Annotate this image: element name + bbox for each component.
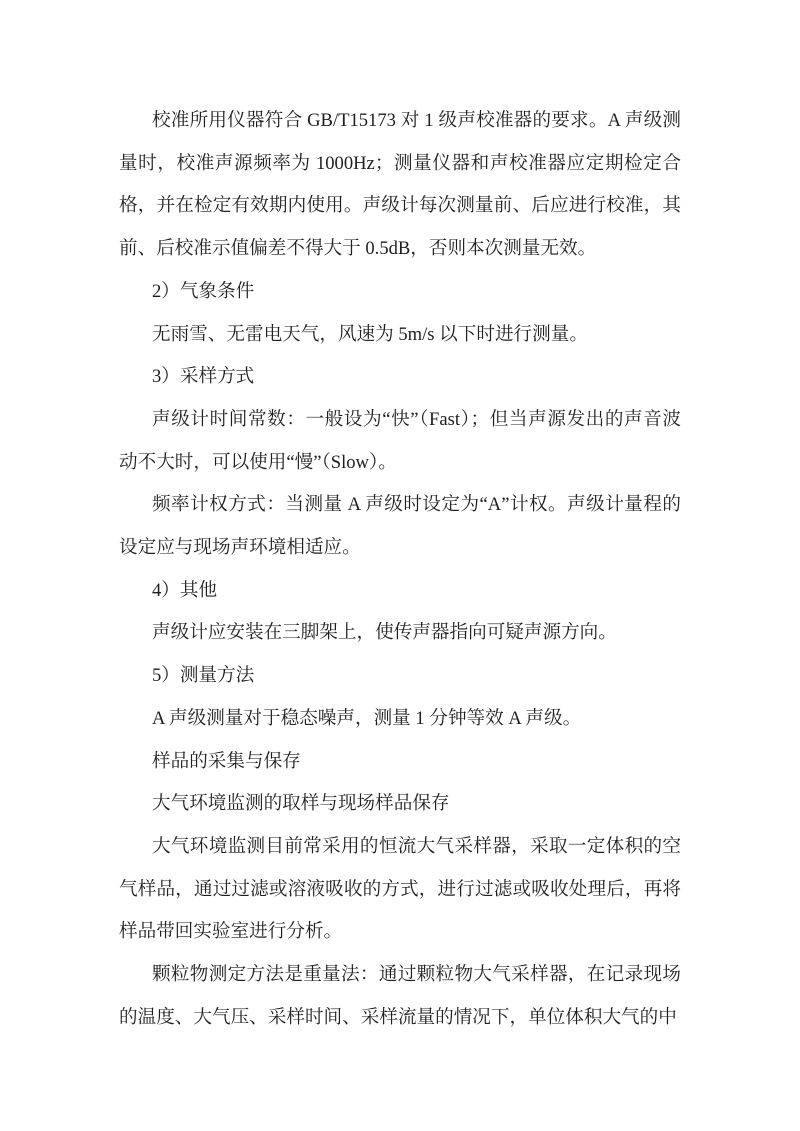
heading-sampling-mode: 3）采样方式: [119, 356, 681, 399]
paragraph-a-level: A 声级测量对于稳态噪声，测量 1 分钟等效 A 声级。: [119, 698, 681, 741]
heading-weather-conditions: 2）气象条件: [119, 271, 681, 314]
heading-atmospheric-sampling: 大气环境监测的取样与现场样品保存: [119, 783, 681, 826]
document-page: 校准所用仪器符合 GB/T15173 对 1 级声校准器的要求。A 声级测量时，…: [0, 0, 800, 1131]
paragraph-air-sampler: 大气环境监测目前常采用的恒流大气采样器，采取一定体积的空气样品，通过过滤或溶液吸…: [119, 826, 681, 954]
paragraph-weather: 无雨雪、无雷电天气，风速为 5m/s 以下时进行测量。: [119, 314, 681, 357]
heading-sample-collection: 样品的采集与保存: [119, 741, 681, 784]
document-text-block: 校准所用仪器符合 GB/T15173 对 1 级声校准器的要求。A 声级测量时，…: [119, 100, 681, 1039]
heading-other: 4）其他: [119, 570, 681, 613]
paragraph-tripod: 声级计应安装在三脚架上，使传声器指向可疑声源方向。: [119, 612, 681, 655]
paragraph-calibration: 校准所用仪器符合 GB/T15173 对 1 级声校准器的要求。A 声级测量时，…: [119, 100, 681, 271]
paragraph-time-constant: 声级计时间常数：一般设为“快”（Fast）；但当声源发出的声音波动不大时，可以使…: [119, 399, 681, 484]
paragraph-frequency-weighting: 频率计权方式：当测量 A 声级时设定为“A”计权。声级计量程的设定应与现场声环境…: [119, 484, 681, 569]
paragraph-particulate-method: 颗粒物测定方法是重量法：通过颗粒物大气采样器，在记录现场的温度、大气压、采样时间…: [119, 954, 681, 1039]
heading-measurement-method: 5）测量方法: [119, 655, 681, 698]
